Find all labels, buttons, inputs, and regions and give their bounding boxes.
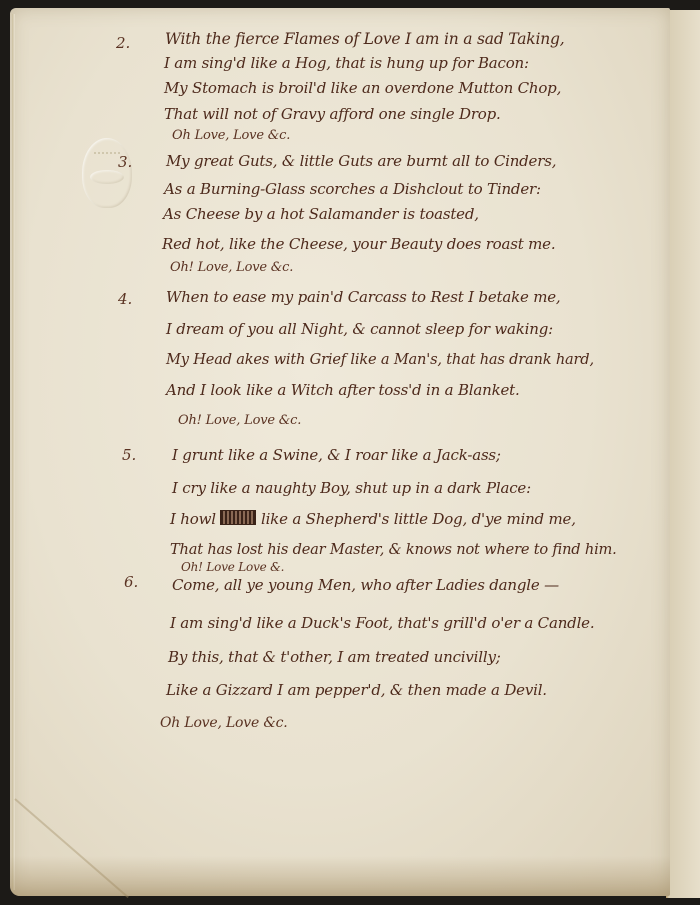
stanza-number: 2. [116,34,130,52]
stanza-number: 6. [124,573,138,591]
verse-line: By this, that & t'other, I am treated un… [168,648,501,666]
embossed-crest-icon [82,138,132,208]
verse-line: I dream of you all Night, & cannot sleep… [166,320,553,338]
refrain: Oh Love, Love &c. [160,715,288,731]
stanza-number: 3. [118,153,132,171]
page-edge [12,14,15,890]
verse-line: As Cheese by a hot Salamander is toasted… [163,205,479,223]
verse-line: Red hot, like the Cheese, your Beauty do… [162,235,555,253]
water-stain [10,856,670,896]
verse-line: I am sing'd like a Duck's Foot, that's g… [170,614,594,632]
ink-blot-crossout [220,510,256,525]
verse-line: That will not of Gravy afford one single… [164,105,501,123]
verse-line: With the fierce Flames of Love I am in a… [165,30,564,48]
verse-line: My Stomach is broil'd like an overdone M… [164,79,561,97]
verse-line: My Head akes with Grief like a Man's, th… [166,351,594,368]
next-page-edge [666,10,700,898]
refrain: Oh! Love, Love &c. [170,260,293,275]
refrain: Oh Love, Love &c. [172,128,290,143]
verse-line-with-blot: I howl like a Shepherd's little Dog, d'y… [170,510,576,528]
crown-icon [94,152,120,166]
verse-line: As a Burning-Glass scorches a Dishclout … [164,180,541,198]
verse-line: I grunt like a Swine, & I roar like a Ja… [172,446,501,464]
verse-line: I cry like a naughty Boy, shut up in a d… [172,479,531,497]
verse-line: I am sing'd like a Hog, that is hung up … [164,54,529,72]
refrain: Oh! Love Love &. [181,560,284,574]
verse-line: Come, all ye young Men, who after Ladies… [172,576,559,594]
crest-band [90,170,124,184]
verse-text: like a Shepherd's little Dog, d'ye mind … [261,510,576,528]
verse-line: When to ease my pain'd Carcass to Rest I… [166,288,560,306]
verse-line: My great Guts, & little Guts are burnt a… [166,152,556,170]
refrain: Oh! Love, Love &c. [178,413,301,428]
stanza-number: 5. [122,446,136,464]
verse-text: I howl [170,510,216,528]
verse-line: Like a Gizzard I am pepper'd, & then mad… [166,681,547,699]
verse-line: And I look like a Witch after toss'd in … [166,381,520,399]
stanza-number: 4. [118,290,132,308]
verse-line: That has lost his dear Master, & knows n… [170,541,617,558]
